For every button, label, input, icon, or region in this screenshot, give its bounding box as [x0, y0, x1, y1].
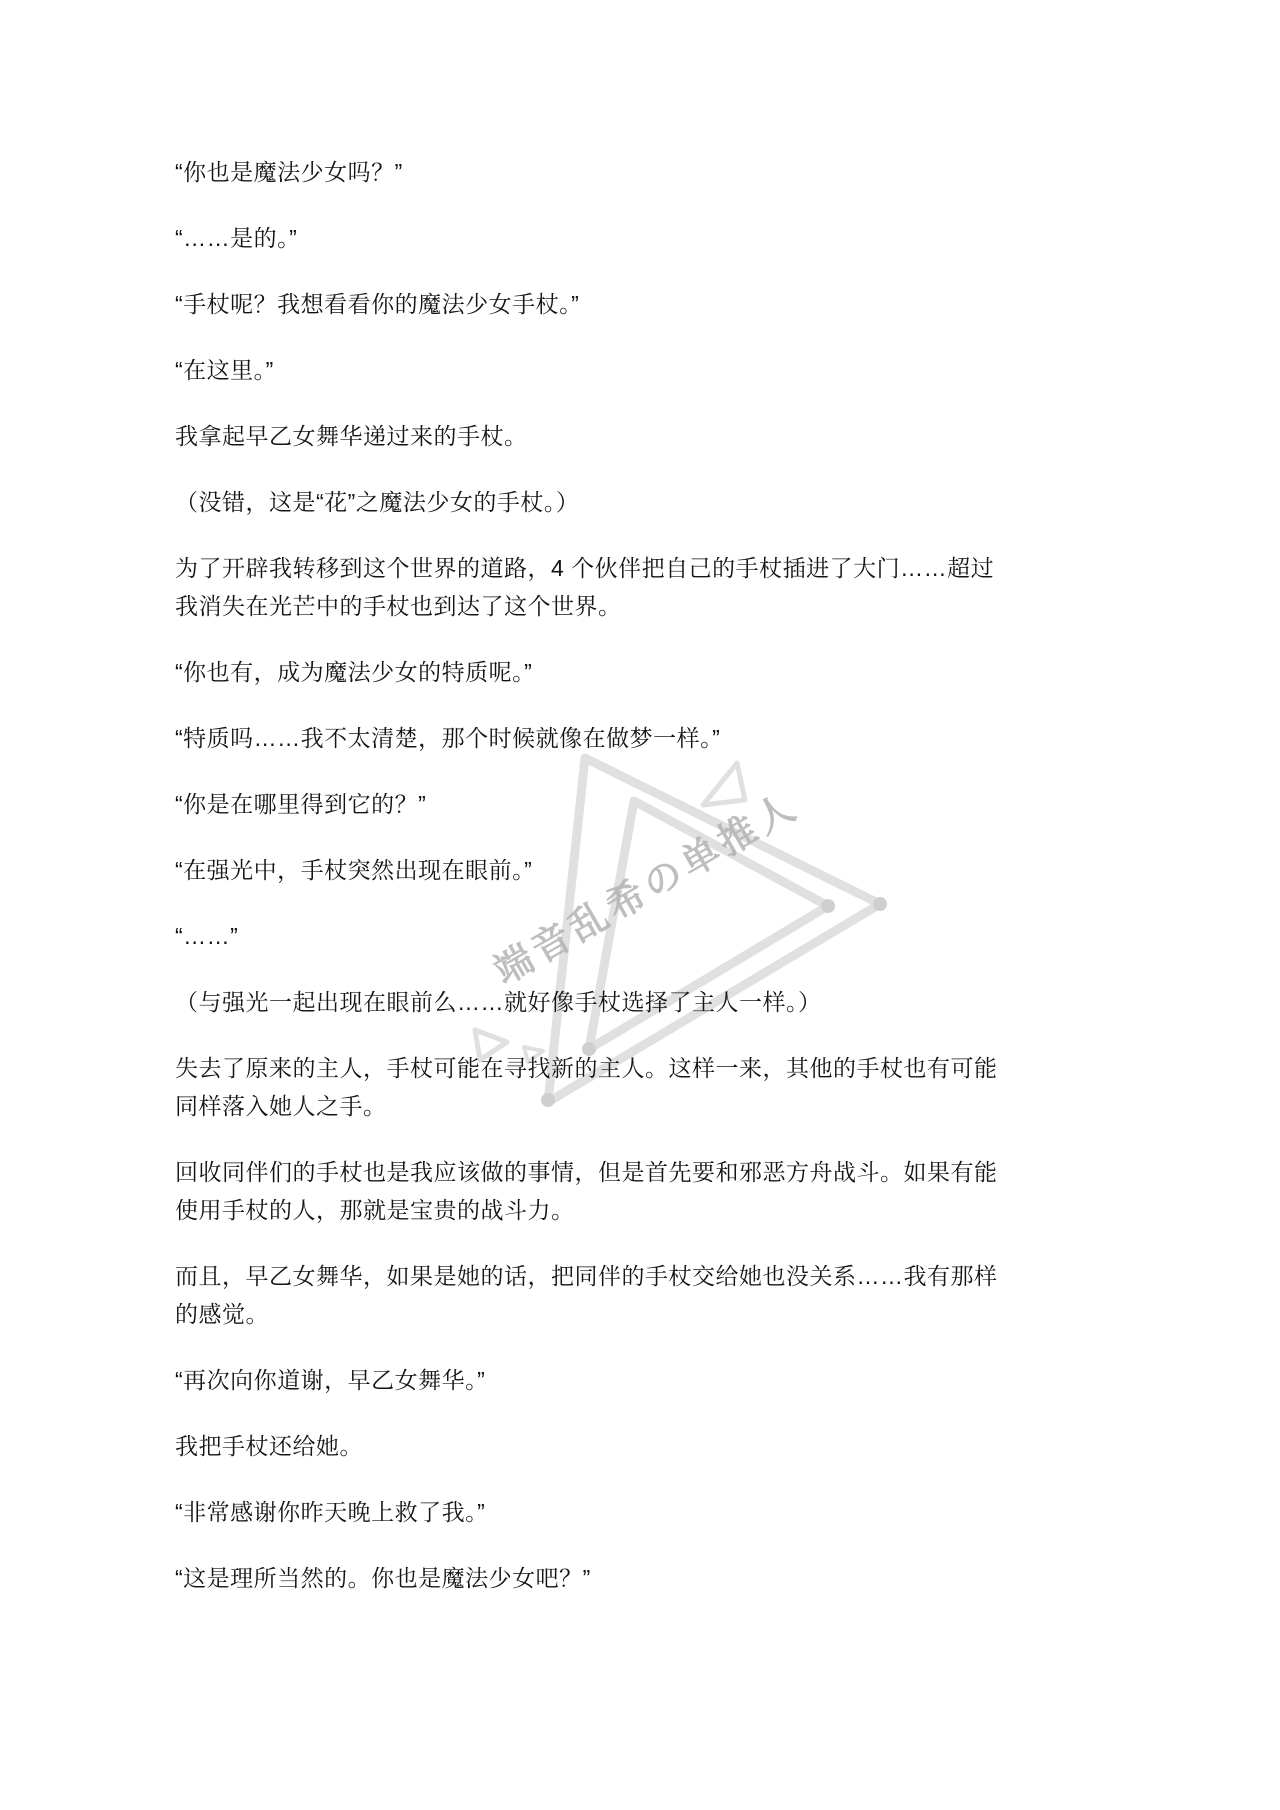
paragraph-line: “……” [175, 917, 1135, 955]
paragraph-line: “在强光中，手杖突然出现在眼前。” [175, 851, 1135, 889]
paragraph: “这是理所当然的。你也是魔法少女吧？” [175, 1559, 1135, 1597]
novel-text-content: “你也是魔法少女吗？”“……是的。”“手杖呢？我想看看你的魔法少女手杖。”“在这… [175, 153, 1135, 1597]
paragraph: “再次向你道谢，早乙女舞华。” [175, 1361, 1135, 1399]
paragraph: “你是在哪里得到它的？” [175, 785, 1135, 823]
paragraph-line: “这是理所当然的。你也是魔法少女吧？” [175, 1559, 1135, 1597]
paragraph-line: （没错，这是“花”之魔法少女的手杖。） [175, 483, 1135, 521]
paragraph-line: “再次向你道谢，早乙女舞华。” [175, 1361, 1135, 1399]
paragraph: 失去了原来的主人，手杖可能在寻找新的主人。这样一来，其他的手杖也有可能同样落入她… [175, 1049, 1135, 1125]
paragraph: 回收同伴们的手杖也是我应该做的事情，但是首先要和邪恶方舟战斗。如果有能使用手杖的… [175, 1153, 1135, 1229]
paragraph: 而且，早乙女舞华，如果是她的话，把同伴的手杖交给她也没关系……我有那样的感觉。 [175, 1257, 1135, 1333]
paragraph-line: “你也是魔法少女吗？” [175, 153, 1135, 191]
paragraph: “非常感谢你昨天晚上救了我。” [175, 1493, 1135, 1531]
paragraph-line: “你是在哪里得到它的？” [175, 785, 1135, 823]
paragraph: “特质吗……我不太清楚，那个时候就像在做梦一样。” [175, 719, 1135, 757]
paragraph-line: 回收同伴们的手杖也是我应该做的事情，但是首先要和邪恶方舟战斗。如果有能 [175, 1153, 1135, 1191]
paragraph-line: “特质吗……我不太清楚，那个时候就像在做梦一样。” [175, 719, 1135, 757]
document-page: 端音乱希の单推人 “你也是魔法少女吗？”“……是的。”“手杖呢？我想看看你的魔法… [0, 0, 1280, 1810]
paragraph-line: 为了开辟我转移到这个世界的道路，4 个伙伴把自己的手杖插进了大门……超过 [175, 549, 1135, 587]
paragraph: （没错，这是“花”之魔法少女的手杖。） [175, 483, 1135, 521]
paragraph: “……是的。” [175, 219, 1135, 257]
paragraph: 我把手杖还给她。 [175, 1427, 1135, 1465]
paragraph-line: “……是的。” [175, 219, 1135, 257]
paragraph: 为了开辟我转移到这个世界的道路，4 个伙伴把自己的手杖插进了大门……超过我消失在… [175, 549, 1135, 625]
paragraph: （与强光一起出现在眼前么……就好像手杖选择了主人一样。） [175, 983, 1135, 1021]
paragraph: “你也有，成为魔法少女的特质呢。” [175, 653, 1135, 691]
paragraph: “你也是魔法少女吗？” [175, 153, 1135, 191]
paragraph-line: 我把手杖还给她。 [175, 1427, 1135, 1465]
paragraph: “……” [175, 917, 1135, 955]
paragraph-line: 我拿起早乙女舞华递过来的手杖。 [175, 417, 1135, 455]
paragraph-line: 我消失在光芒中的手杖也到达了这个世界。 [175, 587, 1135, 625]
paragraph-line: 而且，早乙女舞华，如果是她的话，把同伴的手杖交给她也没关系……我有那样 [175, 1257, 1135, 1295]
paragraph-line: 同样落入她人之手。 [175, 1087, 1135, 1125]
paragraph-line: “你也有，成为魔法少女的特质呢。” [175, 653, 1135, 691]
paragraph: 我拿起早乙女舞华递过来的手杖。 [175, 417, 1135, 455]
paragraph-line: “手杖呢？我想看看你的魔法少女手杖。” [175, 285, 1135, 323]
paragraph: “在强光中，手杖突然出现在眼前。” [175, 851, 1135, 889]
paragraph-line: 的感觉。 [175, 1295, 1135, 1333]
paragraph-line: 使用手杖的人，那就是宝贵的战斗力。 [175, 1191, 1135, 1229]
paragraph: “在这里。” [175, 351, 1135, 389]
paragraph-line: “非常感谢你昨天晚上救了我。” [175, 1493, 1135, 1531]
paragraph-line: （与强光一起出现在眼前么……就好像手杖选择了主人一样。） [175, 983, 1135, 1021]
paragraph-line: “在这里。” [175, 351, 1135, 389]
paragraph-line: 失去了原来的主人，手杖可能在寻找新的主人。这样一来，其他的手杖也有可能 [175, 1049, 1135, 1087]
paragraph: “手杖呢？我想看看你的魔法少女手杖。” [175, 285, 1135, 323]
